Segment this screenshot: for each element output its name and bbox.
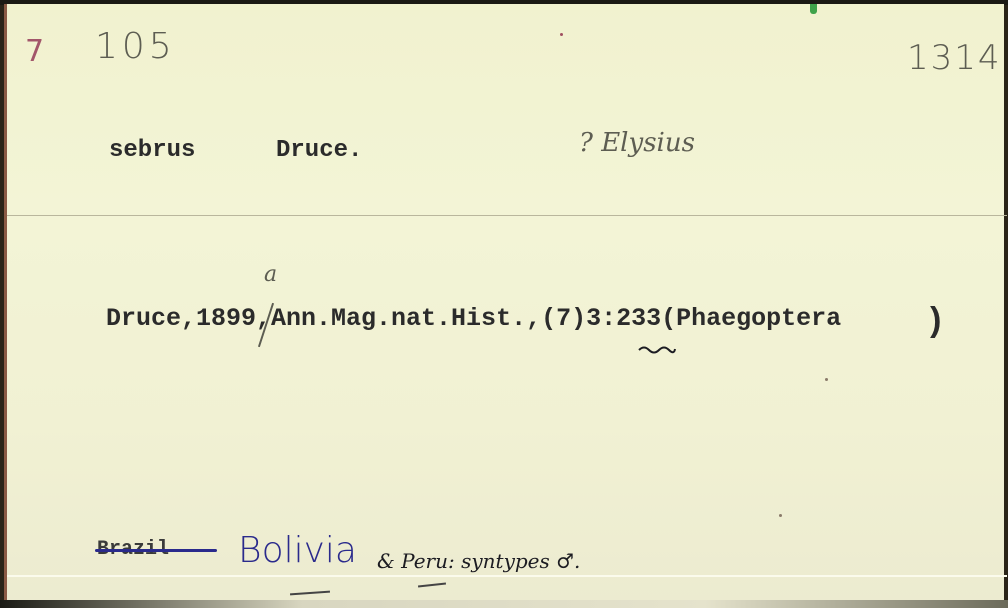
underline-mark	[418, 583, 446, 588]
species-author: Druce.	[276, 137, 362, 164]
strikethrough-line	[95, 549, 217, 552]
card-bottom-edge	[0, 600, 1008, 608]
page-number: 1314	[907, 38, 1002, 78]
underline-mark	[290, 591, 330, 596]
card-bottom-rule	[7, 575, 1007, 577]
locality-note: & Peru: syntypes ♂.	[377, 549, 580, 573]
year-suffix-annotation: a	[264, 262, 277, 287]
citation-text: Druce,1899,Ann.Mag.nat.Hist.,(7)3:233(Ph…	[106, 304, 841, 333]
genus-annotation: ? Elysius	[579, 128, 695, 158]
speck	[825, 378, 828, 381]
green-tab-marker	[810, 4, 817, 14]
card-number: 105	[95, 26, 176, 67]
index-card: 7 105 1314 sebrus Druce. ? Elysius a Dru…	[4, 4, 1004, 604]
speck	[560, 33, 563, 36]
species-name: sebrus	[109, 137, 195, 164]
locality: Bolivia	[238, 530, 357, 571]
citation-close-paren: )	[925, 304, 945, 342]
speck	[779, 514, 782, 517]
drawer-number: 7	[25, 34, 44, 69]
card-header-rule	[7, 215, 1007, 216]
wavy-underline-icon	[637, 344, 677, 354]
